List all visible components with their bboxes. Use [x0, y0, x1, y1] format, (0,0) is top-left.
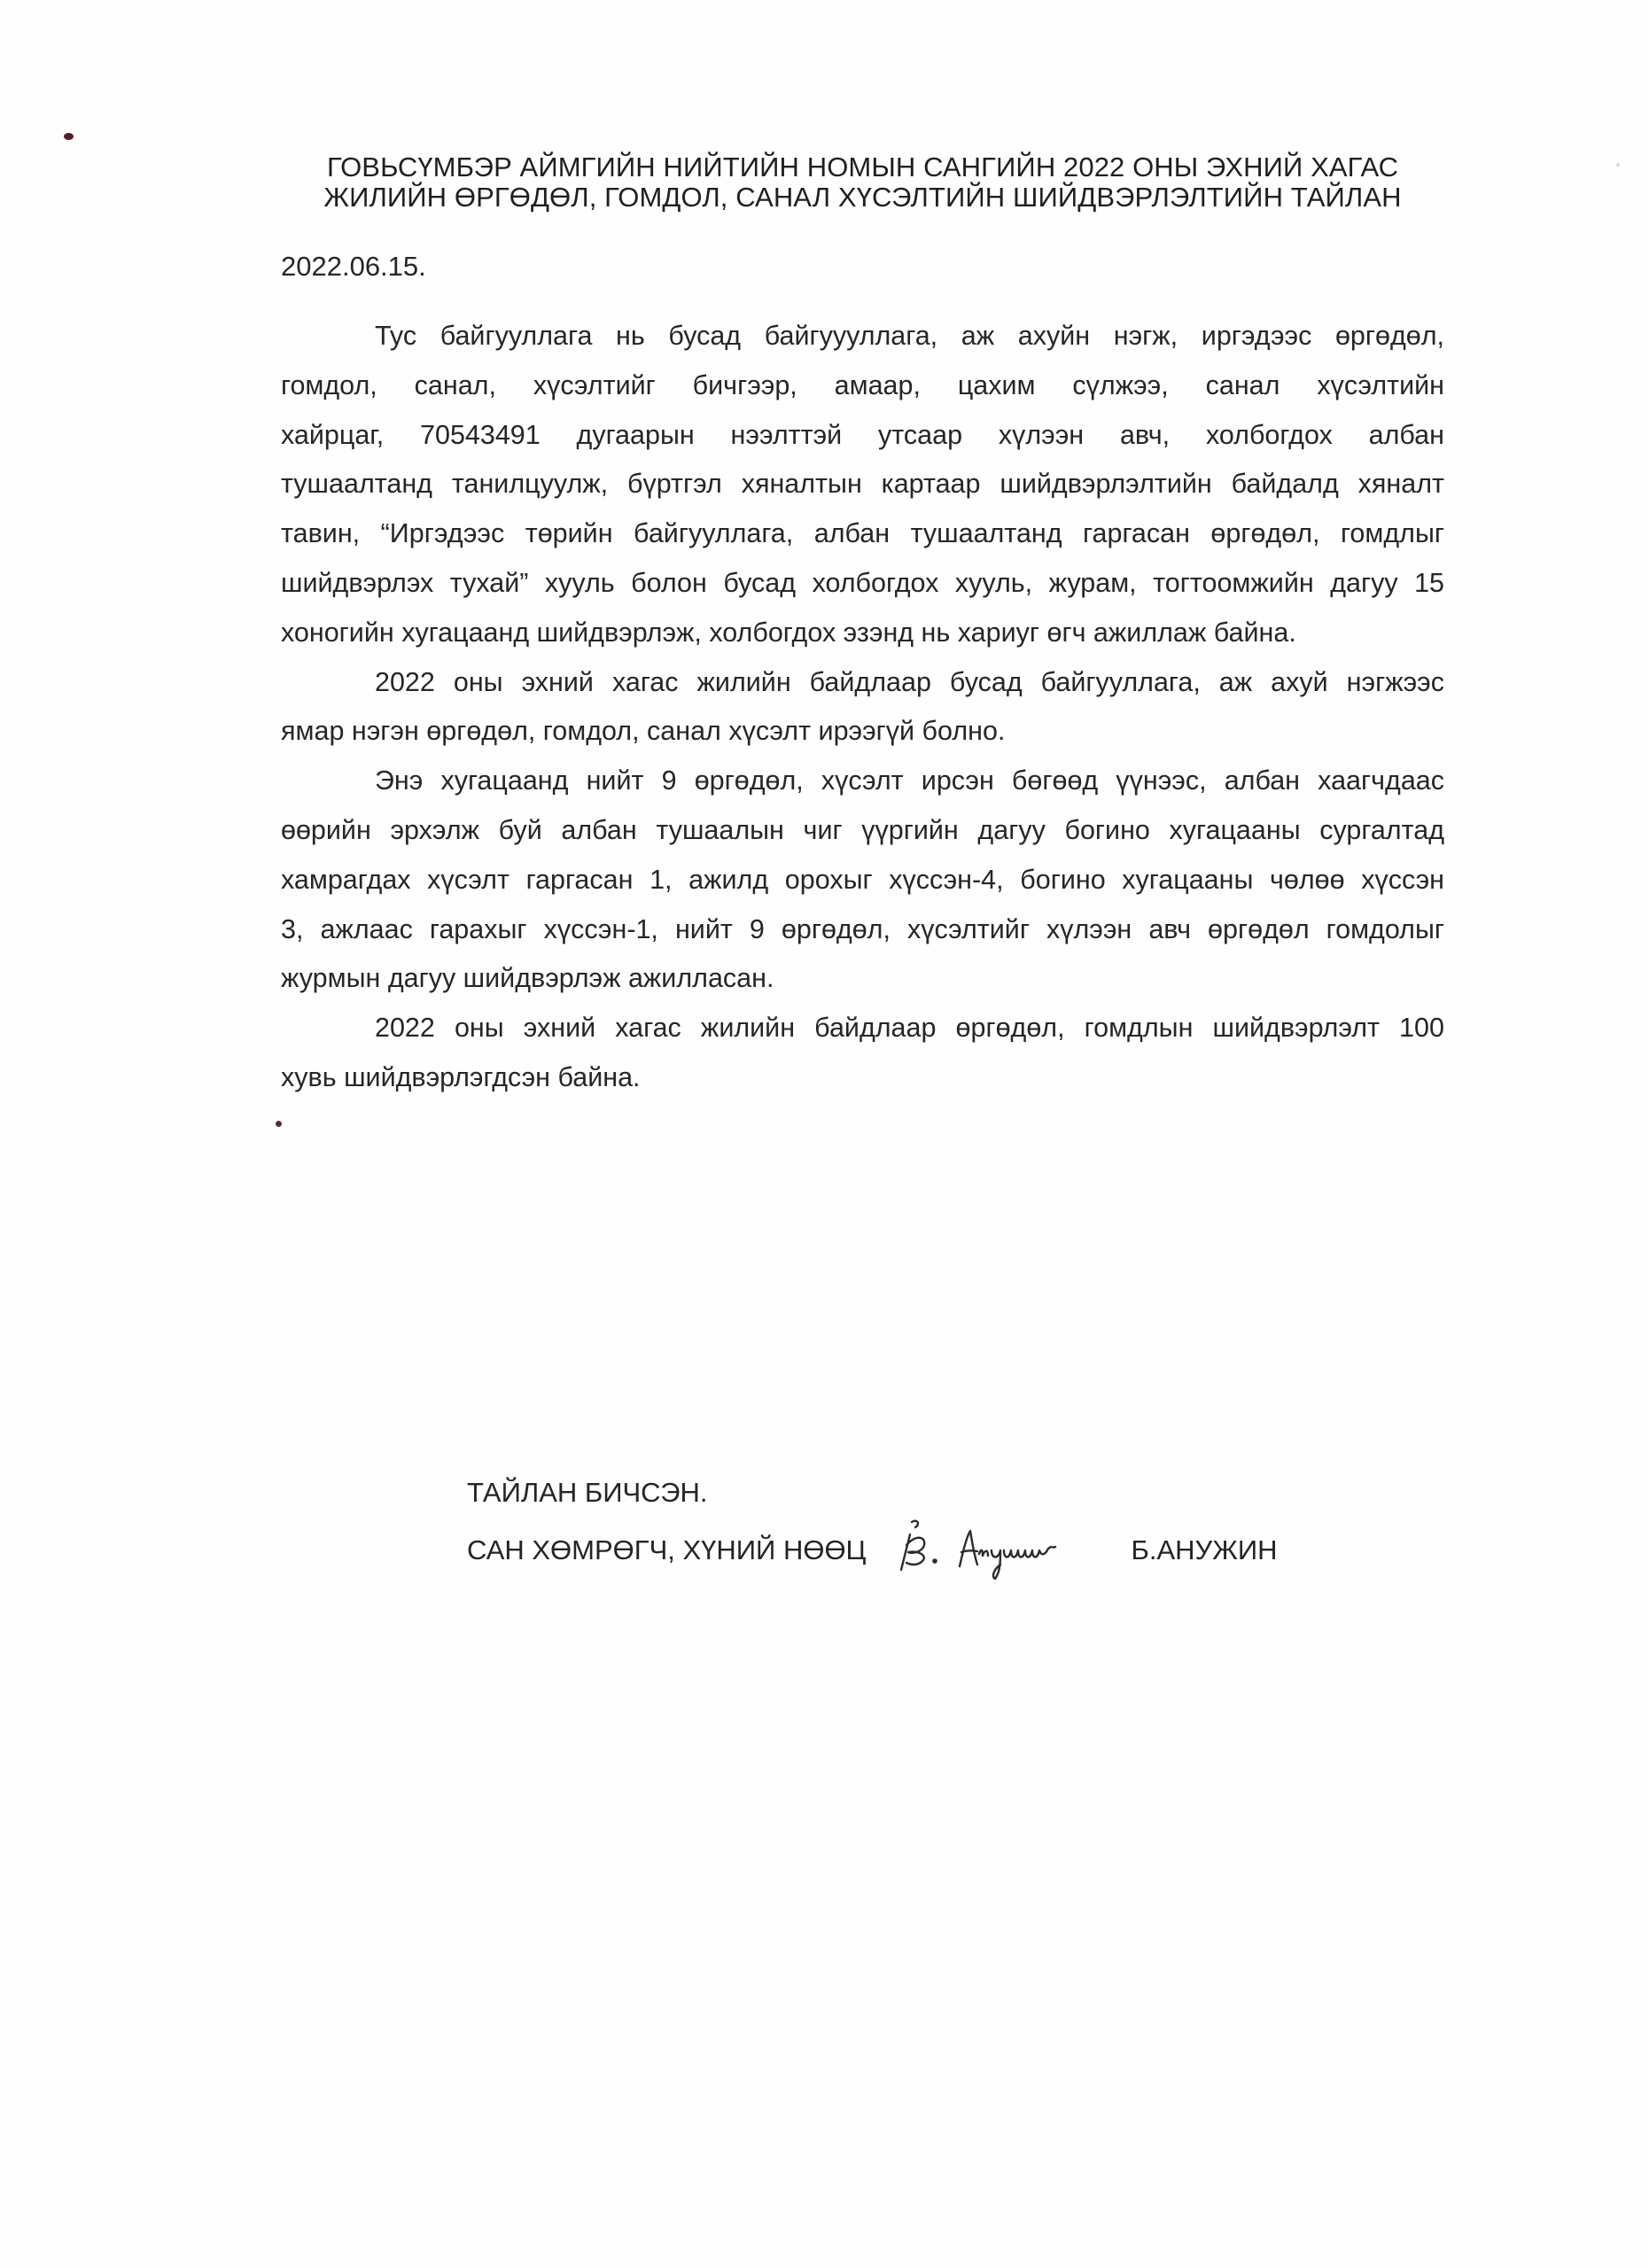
text-line: Энэ хугацаанд нийт 9 өргөдөл, хүсэлт ирс… — [281, 757, 1444, 806]
document-title: ГОВЬСҮМБЭР АЙМГИЙН НИЙТИЙН НОМЫН САНГИЙН… — [281, 152, 1444, 213]
paragraph-request-breakdown: Энэ хугацаанд нийт 9 өргөдөл, хүсэлт ирс… — [281, 757, 1444, 1004]
text-line: хувь шийдвэрлэгдсэн байна. — [281, 1053, 1444, 1103]
text-line: ямар нэгэн өргөдөл, гомдол, санал хүсэлт… — [281, 707, 1444, 757]
document-page: ГОВЬСҮМБЭР АЙМГИЙН НИЙТИЙН НОМЫН САНГИЙН… — [0, 0, 1649, 2268]
text-line: хайрцаг, 70543491 дугаарын нээлттэй утса… — [281, 411, 1444, 461]
document-date: 2022.06.15. — [281, 251, 426, 283]
text-line: өөрийн эрхэлж буй албан тушаалын чиг үүр… — [281, 806, 1444, 856]
text-line: гомдол, санал, хүсэлтийг бичгээр, амаар,… — [281, 361, 1444, 411]
paragraph-intake-process: Тус байгууллага нь бусад байгуууллага, а… — [281, 312, 1444, 658]
signature-block: ТАЙЛАН БИЧСЭН. САН ХӨМРӨГЧ, ХҮНИЙ НӨӨЦ Б… — [467, 1471, 1278, 1586]
text-line: хоногийн хугацаанд шийдвэрлэж, холбогдох… — [281, 609, 1444, 658]
signature-line: САН ХӨМРӨГЧ, ХҮНИЙ НӨӨЦ Б. Анужин Б.АНУЖ… — [467, 1515, 1278, 1586]
text-line: 3, ажлаас гарахыг хүссэн-1, нийт 9 өргөд… — [281, 905, 1444, 955]
text-line: 2022 оны эхний хагас жилийн байдлаар өрг… — [281, 1004, 1444, 1053]
scan-speck — [1616, 163, 1620, 167]
text-line: 2022 оны эхний хагас жилийн байдлаар бус… — [281, 658, 1444, 708]
text-line: тавин, “Иргэдээс төрийн байгууллага, алб… — [281, 509, 1444, 559]
title-line: ГОВЬСҮМБЭР АЙМГИЙН НИЙТИЙН НОМЫН САНГИЙН… — [281, 152, 1444, 183]
scan-speck — [276, 1121, 282, 1127]
handwritten-signature-icon: Б. Анужин — [889, 1515, 1088, 1586]
text-line: шийдвэрлэх тухай” хууль болон бусад холб… — [281, 559, 1444, 609]
signer-name: Б.АНУЖИН — [1131, 1528, 1277, 1573]
text-line: тушаалтанд танилцуулж, бүртгэл хяналтын … — [281, 460, 1444, 509]
scan-speck — [64, 133, 74, 140]
text-line: Тус байгууллага нь бусад байгуууллага, а… — [281, 312, 1444, 361]
title-line: ЖИЛИЙН ӨРГӨДӨЛ, ГОМДОЛ, САНАЛ ХҮСЭЛТИЙН … — [281, 183, 1444, 213]
text-line: хамрагдах хүсэлт гаргасан 1, ажилд орохы… — [281, 856, 1444, 905]
document-body: Тус байгууллага нь бусад байгуууллага, а… — [281, 312, 1444, 1103]
signer-position: САН ХӨМРӨГЧ, ХҮНИЙ НӨӨЦ — [467, 1528, 866, 1573]
paragraph-external-requests: 2022 оны эхний хагас жилийн байдлаар бус… — [281, 658, 1444, 757]
text-line: журмын дагуу шийдвэрлэж ажилласан. — [281, 954, 1444, 1004]
paragraph-resolution-rate: 2022 оны эхний хагас жилийн байдлаар өрг… — [281, 1004, 1444, 1103]
signature-heading: ТАЙЛАН БИЧСЭН. — [467, 1471, 1278, 1515]
